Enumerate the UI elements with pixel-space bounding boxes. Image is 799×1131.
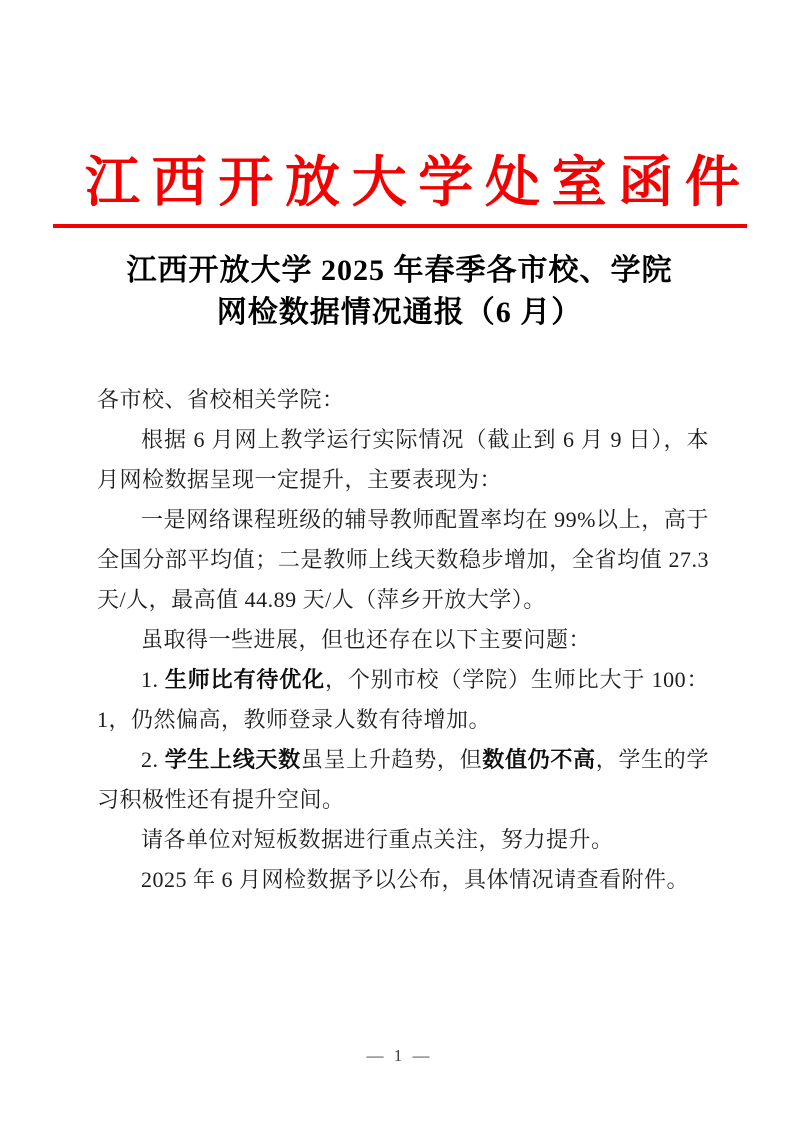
bold-text-run: 数值仍不高 <box>482 747 595 772</box>
text-run: 一是网络课程班级的辅导教师配置率均在 99%以上，高于全国分部平均值；二是教师上… <box>97 507 709 612</box>
banner-char: 处 <box>485 150 540 216</box>
document-title-line-2: 网检数据情况通报（6 月） <box>0 292 799 334</box>
paragraph: 请各单位对短板数据进行重点关注，努力提升。 <box>97 820 709 860</box>
paragraph: 2025 年 6 月网检数据予以公布，具体情况请查看附件。 <box>97 860 709 900</box>
paragraph: 1. 生师比有待优化，个别市校（学院）生师比大于 100：1，仍然偏高，教师登录… <box>97 660 709 740</box>
letterhead-divider <box>53 224 747 228</box>
text-run: 2025 年 6 月网检数据予以公布，具体情况请查看附件。 <box>141 867 689 892</box>
banner-char: 西 <box>152 150 207 216</box>
banner-char: 学 <box>418 150 473 216</box>
paragraph: 根据 6 月网上教学运行实际情况（截止到 6 月 9 日），本月网检数据呈现一定… <box>97 420 709 500</box>
page-number: — 1 — <box>0 1046 799 1066</box>
text-run: 请各单位对短板数据进行重点关注，努力提升。 <box>141 827 614 852</box>
text-run: 1. <box>141 667 165 692</box>
banner-char: 件 <box>685 150 740 216</box>
bold-text-run: 生师比有待优化 <box>165 667 325 692</box>
bold-text-run: 学生上线天数 <box>165 747 301 772</box>
document-body: 各市校、省校相关学院：根据 6 月网上教学运行实际情况（截止到 6 月 9 日）… <box>97 380 709 900</box>
banner-char: 室 <box>552 150 607 216</box>
banner-char: 大 <box>352 150 407 216</box>
text-run: 2. <box>141 747 165 772</box>
paragraph: 虽取得一些进展，但也还存在以下主要问题： <box>97 620 709 660</box>
text-run: 各市校、省校相关学院： <box>97 387 345 412</box>
paragraph: 一是网络课程班级的辅导教师配置率均在 99%以上，高于全国分部平均值；二是教师上… <box>97 500 709 620</box>
text-run: 虽呈上升趋势，但 <box>301 747 482 772</box>
text-run: 根据 6 月网上教学运行实际情况（截止到 6 月 9 日），本月网检数据呈现一定… <box>97 427 709 492</box>
document-title-line-1: 江西开放大学 2025 年春季各市校、学院 <box>0 250 799 292</box>
text-run: 虽取得一些进展，但也还存在以下主要问题： <box>141 627 591 652</box>
paragraph: 2. 学生上线天数虽呈上升趋势，但数值仍不高，学生的学习积极性还有提升空间。 <box>97 740 709 820</box>
banner-char: 函 <box>618 150 673 216</box>
document-title: 江西开放大学 2025 年春季各市校、学院 网检数据情况通报（6 月） <box>0 250 799 334</box>
banner-char: 开 <box>218 150 273 216</box>
banner-char: 放 <box>285 150 340 216</box>
paragraph: 各市校、省校相关学院： <box>97 380 709 420</box>
letterhead-banner: 江西开放大学处室函件 <box>85 150 740 216</box>
banner-char: 江 <box>85 150 140 216</box>
document-page: 江西开放大学处室函件 江西开放大学 2025 年春季各市校、学院 网检数据情况通… <box>0 0 799 1131</box>
